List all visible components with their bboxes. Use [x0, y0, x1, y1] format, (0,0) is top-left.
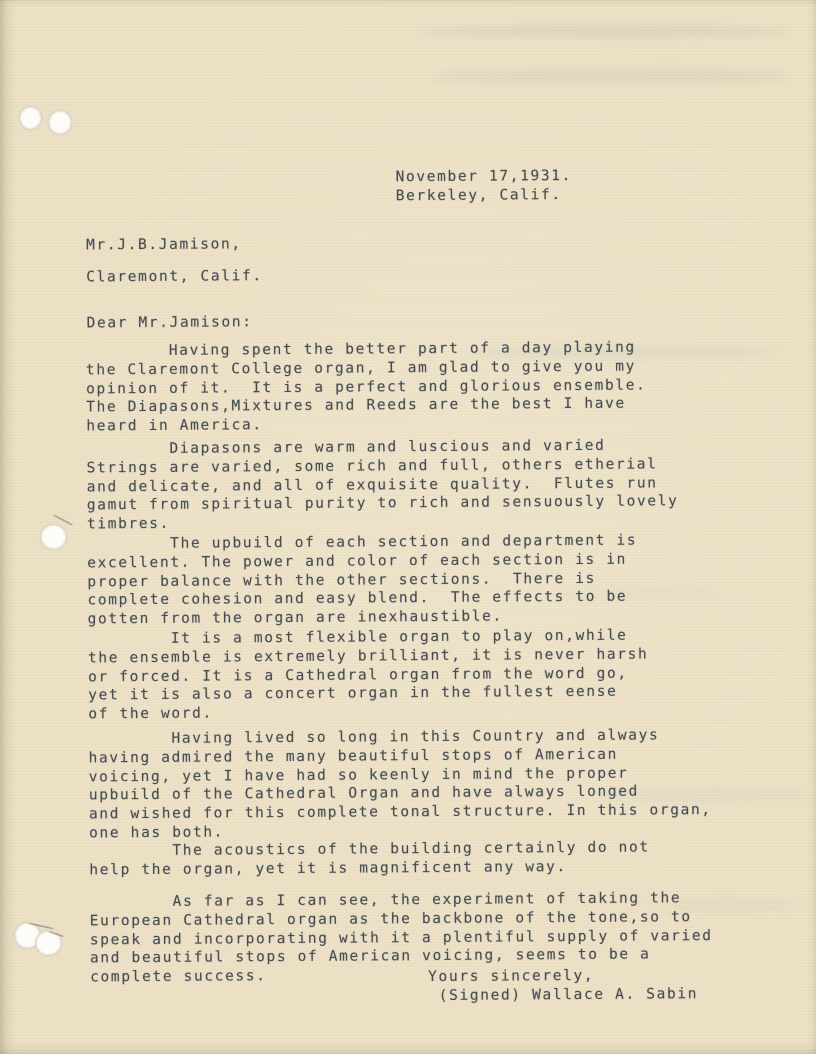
paragraph: Diapasons are warm and luscious and vari… [86, 436, 678, 534]
letter-page: November 17,1931. Berkeley, Calif. Mr.J.… [0, 0, 816, 1054]
salutation: Dear Mr.Jamison: [87, 313, 253, 333]
paragraph: The upbuild of each section and departme… [87, 532, 638, 630]
recipient-block: Mr.J.B.Jamison, Claremont, Calif. [86, 229, 263, 293]
paragraph: It is a most flexible organ to play on,w… [88, 626, 649, 724]
closing-signature-block: Yours sincerely, (Signed) Wallace A. Sab… [428, 966, 698, 1005]
date-block: November 17,1931. Berkeley, Calif. [396, 167, 573, 206]
paragraph: The acoustics of the building certainly … [89, 838, 650, 880]
paragraph: Having lived so long in this Country and… [88, 726, 712, 843]
paragraph: Having spent the better part of a day pl… [86, 338, 647, 436]
letter-content: November 17,1931. Berkeley, Calif. Mr.J.… [0, 0, 816, 1054]
